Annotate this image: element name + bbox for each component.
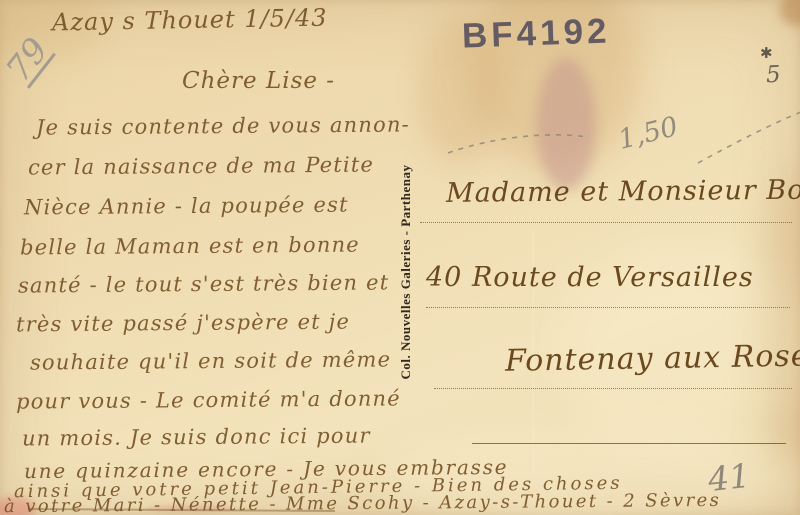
stain-top-right-chip <box>780 0 800 26</box>
address-line-rule <box>434 388 792 389</box>
stain-right-edge <box>758 165 800 495</box>
address-recipient: Madame et Monsieur Bousel <box>446 174 800 209</box>
corner-number: 79 <box>0 31 57 90</box>
price-mark: 1,50 <box>615 111 681 156</box>
address-line-rule <box>420 222 792 223</box>
postcard: 79 BF4192 ✱ 5 1,50 41 Col. Nouvelles Gal… <box>0 0 800 515</box>
star-mark-icon: ✱ <box>760 44 773 62</box>
message-line: santé - le tout s'est très bien et <box>18 270 390 297</box>
message-line: très vite passé j'espère et je <box>16 310 350 337</box>
message-line: cer la naissance de ma Petite <box>28 152 374 179</box>
message-line: belle la Maman est en bonne <box>20 233 360 260</box>
message-line: souhaite qu'il en soit de même <box>30 347 391 374</box>
salutation: Chère Lise - <box>182 68 335 94</box>
catalog-code: BF4192 <box>461 11 611 56</box>
stain-pink-blob <box>536 58 596 190</box>
address-line-rule <box>426 307 790 308</box>
publisher-imprint: Col. Nouvelles Galeries - Parthenay <box>398 142 414 402</box>
message-line: pour vous - Le comité m'a donné <box>16 386 401 413</box>
address-city: Fontenay aux Roses <box>505 338 800 379</box>
address-street: 40 Route de Versailles <box>426 262 754 293</box>
message-line: Nièce Annie - la poupée est <box>24 193 349 220</box>
address-line-rule <box>472 443 786 444</box>
location-date: Azay s Thouet 1/5/43 <box>52 4 328 37</box>
star-number: 5 <box>765 62 781 89</box>
message-line: un mois. Je suis donc ici pour <box>22 423 371 450</box>
message-line: Je suis contente de vous annon- <box>36 112 410 139</box>
